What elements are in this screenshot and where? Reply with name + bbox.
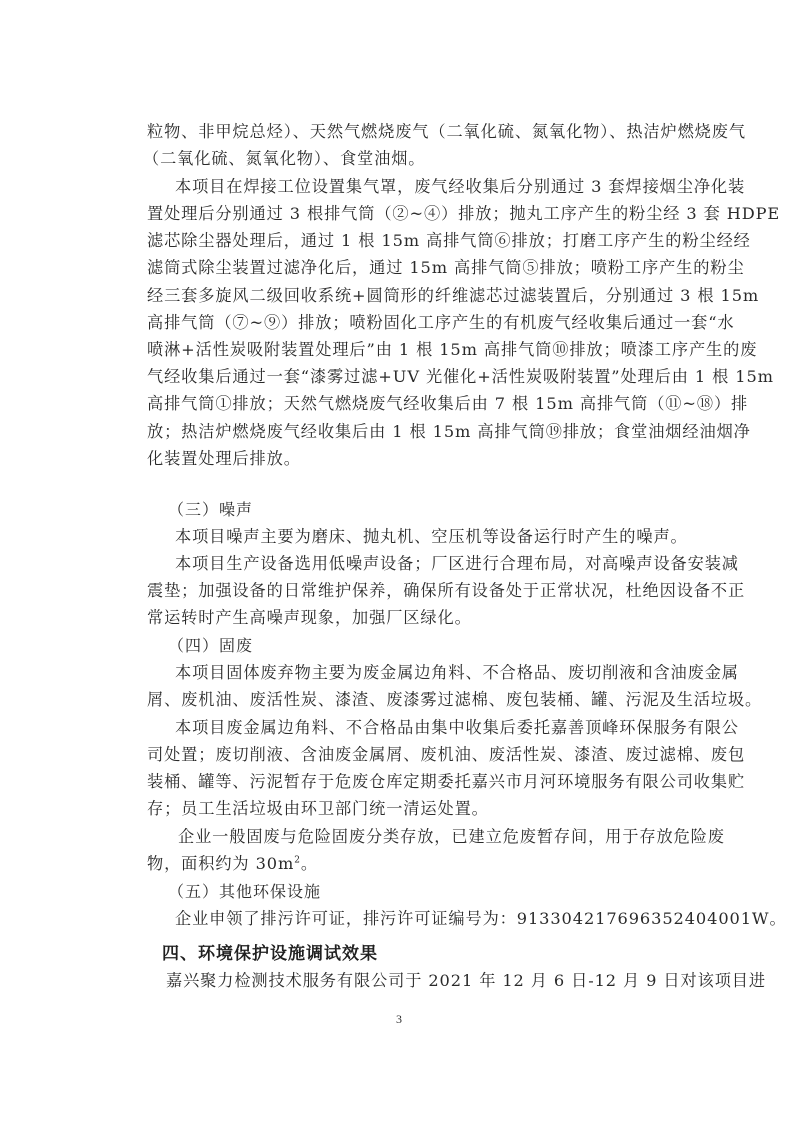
text-line-area: 物，面积约为 30m2。 <box>147 854 318 874</box>
text-line: 经三套多旋风二级回收系统+圆筒形的纤维滤芯过滤装置后，分别通过 3 根 15m <box>147 286 679 306</box>
text-line: 本项目噪声主要为磨床、抛丸机、空压机等设备运行时产生的噪声。 <box>175 527 679 547</box>
section-title-solid-waste: （四）固废 <box>168 636 253 656</box>
text-line: 嘉兴聚力检测技术服务有限公司于 2021 年 12 月 6 日-12 月 9 日… <box>166 971 766 991</box>
text-line: 粒物、非甲烷总烃）、天然气燃烧废气（二氧化硫、氮氧化物）、热洁炉燃烧废气 <box>147 122 679 142</box>
section-heading: 四、环境保护设施调试效果 <box>162 943 378 965</box>
text-line: 本项目生产设备选用低噪声设备；厂区进行合理布局，对高噪声设备安装减 <box>175 554 679 574</box>
text-line: 滤芯除尘器处理后，通过 1 根 15m 高排气筒⑥排放；打磨工序产生的粉尘经经 <box>147 231 679 251</box>
text-line: 震垫；加强设备的日常维护保养，确保所有设备处于正常状况，杜绝因设备不正 <box>147 581 679 601</box>
text-line: 常运转时产生高噪声现象，加强厂区绿化。 <box>147 608 679 628</box>
text-line: 装桶、罐等、污泥暂存于危废仓库定期委托嘉兴市月河环境服务有限公司收集贮 <box>147 772 679 792</box>
period: 。 <box>301 854 318 873</box>
text-line: 企业申领了排污许可证，排污许可证编号为：91330421769635240400… <box>175 909 787 929</box>
section-title-noise: （三）噪声 <box>168 500 253 520</box>
section-title-other: （五）其他环保设施 <box>168 882 321 902</box>
area-text: 物，面积约为 30m <box>147 854 294 873</box>
text-line: 高排气筒①排放；天然气燃烧废气经收集后由 7 根 15m 高排气筒（⑪~⑱）排 <box>147 394 679 414</box>
text-line: 喷淋+活性炭吸附装置处理后”由 1 根 15m 高排气筒⑩排放；喷漆工序产生的废 <box>147 340 679 360</box>
text-line: 本项目在焊接工位设置集气罩，废气经收集后分别通过 3 套焊接烟尘净化装 <box>175 177 679 197</box>
text-line: 高排气筒（⑦~⑨）排放；喷粉固化工序产生的有机废气经收集后通过一套“水 <box>147 313 679 333</box>
text-line: 化装置处理后排放。 <box>147 449 679 469</box>
text-line: 本项目废金属边角料、不合格品由集中收集后委托嘉善顶峰环保服务有限公 <box>175 718 679 738</box>
text-line: 放；热洁炉燃烧废气经收集后由 1 根 15m 高排气筒⑲排放；食堂油烟经油烟净 <box>147 422 679 442</box>
text-line: 存；员工生活垃圾由环卫部门统一清运处置。 <box>147 799 679 819</box>
document-page: 粒物、非甲烷总烃）、天然气燃烧废气（二氧化硫、氮氧化物）、热洁炉燃烧废气 （二氧… <box>0 0 800 1130</box>
text-line: 气经收集后通过一套“漆雾过滤+UV 光催化+活性炭吸附装置”处理后由 1 根 1… <box>147 367 679 387</box>
text-line: 司处置；废切削液、含油废金属屑、废机油、废活性炭、漆渣、废过滤棉、废包 <box>147 745 679 765</box>
superscript: 2 <box>294 856 301 866</box>
page-number: 3 <box>396 1012 402 1027</box>
text-line: 本项目固体废弃物主要为废金属边角料、不合格品、废切削液和含油废金属 <box>175 663 679 683</box>
text-line: 滤筒式除尘装置过滤净化后，通过 15m 高排气筒⑤排放；喷粉工序产生的粉尘 <box>147 258 679 278</box>
text-line: 置处理后分别通过 3 根排气筒（②~④）排放；抛丸工序产生的粉尘经 3 套 HD… <box>147 204 679 224</box>
text-line: 企业一般固废与危险固废分类存放，已建立危废暂存间，用于存放危险废 <box>178 827 682 847</box>
text-line: （二氧化硫、氮氧化物）、食堂油烟。 <box>143 149 675 169</box>
text-line: 屑、废机油、废活性炭、漆渣、废漆雾过滤棉、废包装桶、罐、污泥及生活垃圾。 <box>147 690 679 710</box>
